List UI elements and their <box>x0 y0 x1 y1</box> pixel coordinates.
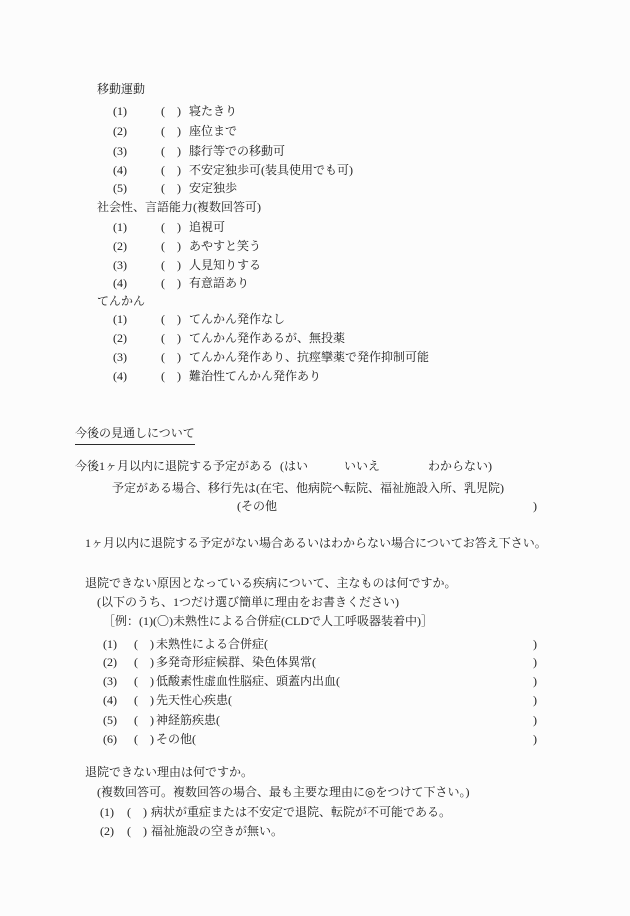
item-number: (4) <box>113 273 161 293</box>
q1-note-text: (以下のうち、1つだけ選び簡単に理由をお書きください) <box>97 592 399 612</box>
answer-blank[interactable]: ( ) <box>161 101 181 121</box>
discharge-plan-statement: 今後1ヶ月以内に退院する予定がある <box>75 456 273 476</box>
item-label: 座位まで <box>189 121 237 141</box>
questionnaire-page: 移動運動 (1)( )寝たきり (2)( )座位まで (3)( )膝行等での移動… <box>0 0 630 916</box>
item-number: (2) <box>100 821 127 841</box>
q2-note-text: (複数回答可。複数回答の場合、最も主要な理由に◎をつけて下さい。) <box>97 782 469 802</box>
motor-item-row: (5)( )安定独歩 <box>0 178 630 198</box>
close-paren: ) <box>533 710 537 730</box>
item-number: (4) <box>103 690 134 710</box>
epilepsy-item-row: (1)( )てんかん発作なし <box>0 309 630 329</box>
item-label: 未熟性による合併症( <box>156 634 268 654</box>
item-number: (1) <box>100 802 127 822</box>
q2-question-text: 退院できない理由は何ですか。 <box>85 762 253 782</box>
item-label: 低酸素性虚血性脳症、頭蓋内出血( <box>156 671 340 691</box>
q2-question-row: 退院できない理由は何ですか。 <box>0 762 630 782</box>
q1-note-row: (以下のうち、1つだけ選び簡単に理由をお書きください) <box>0 592 630 612</box>
epilepsy-item-row: (2)( )てんかん発作あるが、無投薬 <box>0 328 630 348</box>
destination-row: 予定がある場合、移行先は(在宅、他病院へ転院、福祉施設入所、乳児院) <box>0 478 630 498</box>
outlook-heading: 今後の見通しについて <box>75 423 195 445</box>
social-item-row: (1)( )追視可 <box>0 217 630 237</box>
q1-item-row: (1)( )未熟性による合併症() <box>0 634 630 654</box>
social-item-row: (2)( )あやすと笑う <box>0 236 630 256</box>
answer-blank[interactable]: ( ) <box>161 217 181 237</box>
item-label: 不安定独歩可(装具使用でも可) <box>189 160 353 180</box>
item-label: 病状が重症または不安定で退院、転院が不可能である。 <box>151 802 451 822</box>
discharge-intro-text: 1ヶ月以内に退院する予定がない場合あるいはわからない場合についてお答え下さい。 <box>85 533 547 553</box>
item-number: (1) <box>113 309 161 329</box>
answer-blank[interactable]: ( ) <box>134 690 154 710</box>
answer-blank[interactable]: ( ) <box>161 141 181 161</box>
q1-question-text: 退院できない原因となっている疾病について、主なものは何ですか。 <box>85 573 457 593</box>
q1-item-row: (2)( )多発奇形症候群、染色体異常() <box>0 652 630 672</box>
q2-item-row: (2)( )福祉施設の空きが無い。 <box>0 821 630 841</box>
answer-blank[interactable]: ( ) <box>134 710 154 730</box>
q2-item-row: (1)( )病状が重症または不安定で退院、転院が不可能である。 <box>0 802 630 822</box>
discharge-intro-row: 1ヶ月以内に退院する予定がない場合あるいはわからない場合についてお答え下さい。 <box>0 533 630 553</box>
item-label: 人見知りする <box>189 255 261 275</box>
item-label: 難治性てんかん発作あり <box>189 366 321 386</box>
answer-blank[interactable]: ( ) <box>161 160 181 180</box>
close-paren: ) <box>533 671 537 691</box>
q1-item-row: (5)( )神経筋疾患() <box>0 710 630 730</box>
section-title-text: 社会性、言語能力(複数回答可) <box>97 197 261 217</box>
social-item-row: (3)( )人見知りする <box>0 255 630 275</box>
q1-question-row: 退院できない原因となっている疾病について、主なものは何ですか。 <box>0 573 630 593</box>
item-number: (2) <box>113 236 161 256</box>
close-paren: ) <box>533 496 537 516</box>
item-number: (3) <box>113 255 161 275</box>
motor-item-row: (3)( )膝行等での移動可 <box>0 141 630 161</box>
item-number: (2) <box>113 328 161 348</box>
answer-blank[interactable]: ( ) <box>127 821 147 841</box>
social-item-row: (4)( )有意語あり <box>0 273 630 293</box>
motor-item-row: (1)( )寝たきり <box>0 101 630 121</box>
answer-blank[interactable]: ( ) <box>161 121 181 141</box>
item-number: (1) <box>113 217 161 237</box>
item-label: 追視可 <box>189 217 225 237</box>
destination-text: 予定がある場合、移行先は(在宅、他病院へ転院、福祉施設入所、乳児院) <box>112 478 504 498</box>
answer-blank[interactable]: ( ) <box>161 366 181 386</box>
answer-blank[interactable]: ( ) <box>134 729 154 749</box>
item-label: 先天性心疾患( <box>156 690 232 710</box>
item-number: (2) <box>113 121 161 141</box>
answer-blank[interactable]: ( ) <box>161 328 181 348</box>
answer-blank[interactable]: ( ) <box>161 309 181 329</box>
item-label: 寝たきり <box>189 101 237 121</box>
item-label: 福祉施設の空きが無い。 <box>151 821 283 841</box>
answer-blank[interactable]: ( ) <box>134 634 154 654</box>
item-number: (3) <box>113 347 161 367</box>
answer-blank[interactable]: ( ) <box>161 347 181 367</box>
item-number: (5) <box>103 710 134 730</box>
item-label: 安定独歩 <box>189 178 237 198</box>
item-number: (1) <box>103 634 134 654</box>
item-number: (4) <box>113 366 161 386</box>
motor-item-row: (2)( )座位まで <box>0 121 630 141</box>
section-title-text: てんかん <box>97 291 145 311</box>
outlook-heading-row: 今後の見通しについて <box>0 423 630 443</box>
close-paren: ) <box>533 729 537 749</box>
motor-item-row: (4)( )不安定独歩可(装具使用でも可) <box>0 160 630 180</box>
q1-item-row: (6)( )その他() <box>0 729 630 749</box>
section-title-text: 移動運動 <box>97 79 145 99</box>
section-motor-title: 移動運動 <box>0 79 630 99</box>
other-label[interactable]: (その他 <box>237 496 277 516</box>
section-epilepsy-title: てんかん <box>0 291 630 311</box>
q1-item-row: (3)( )低酸素性虚血性脳症、頭蓋内出血() <box>0 671 630 691</box>
q1-item-row: (4)( )先天性心疾患() <box>0 690 630 710</box>
item-label: てんかん発作あるが、無投薬 <box>189 328 345 348</box>
answer-blank[interactable]: ( ) <box>161 178 181 198</box>
item-number: (2) <box>103 652 134 672</box>
item-number: (4) <box>113 160 161 180</box>
epilepsy-item-row: (4)( )難治性てんかん発作あり <box>0 366 630 386</box>
q1-example-row: ［例：(1)(〇)未熟性による合併症(CLDで人工呼吸器装着中)］ <box>0 611 630 631</box>
item-label: てんかん発作なし <box>189 309 285 329</box>
item-label: その他( <box>156 729 196 749</box>
item-label: 神経筋疾患( <box>156 710 220 730</box>
answer-blank[interactable]: ( ) <box>161 273 181 293</box>
item-label: てんかん発作あり、抗痙攣薬で発作抑制可能 <box>189 347 429 367</box>
close-paren: ) <box>533 634 537 654</box>
item-number: (5) <box>113 178 161 198</box>
item-label: あやすと笑う <box>189 236 261 256</box>
item-label: 多発奇形症候群、染色体異常( <box>156 652 316 672</box>
item-number: (1) <box>113 101 161 121</box>
close-paren: ) <box>533 690 537 710</box>
item-label: 有意語あり <box>189 273 249 293</box>
discharge-plan-row: 今後1ヶ月以内に退院する予定がある(はい いいえ わからない) <box>0 456 630 476</box>
epilepsy-item-row: (3)( )てんかん発作あり、抗痙攣薬で発作抑制可能 <box>0 347 630 367</box>
discharge-plan-options[interactable]: (はい いいえ わからない) <box>280 456 492 476</box>
answer-blank[interactable]: ( ) <box>127 802 147 822</box>
answer-blank[interactable]: ( ) <box>161 255 181 275</box>
answer-blank[interactable]: ( ) <box>134 652 154 672</box>
answer-blank[interactable]: ( ) <box>161 236 181 256</box>
q2-note-row: (複数回答可。複数回答の場合、最も主要な理由に◎をつけて下さい。) <box>0 782 630 802</box>
section-social-title: 社会性、言語能力(複数回答可) <box>0 197 630 217</box>
item-number: (3) <box>113 141 161 161</box>
item-number: (3) <box>103 671 134 691</box>
q1-example-text: ［例：(1)(〇)未熟性による合併症(CLDで人工呼吸器装着中)］ <box>103 611 433 631</box>
destination-other-row: (その他) <box>0 496 630 516</box>
close-paren: ) <box>533 652 537 672</box>
item-label: 膝行等での移動可 <box>189 141 285 161</box>
item-number: (6) <box>103 729 134 749</box>
answer-blank[interactable]: ( ) <box>134 671 154 691</box>
